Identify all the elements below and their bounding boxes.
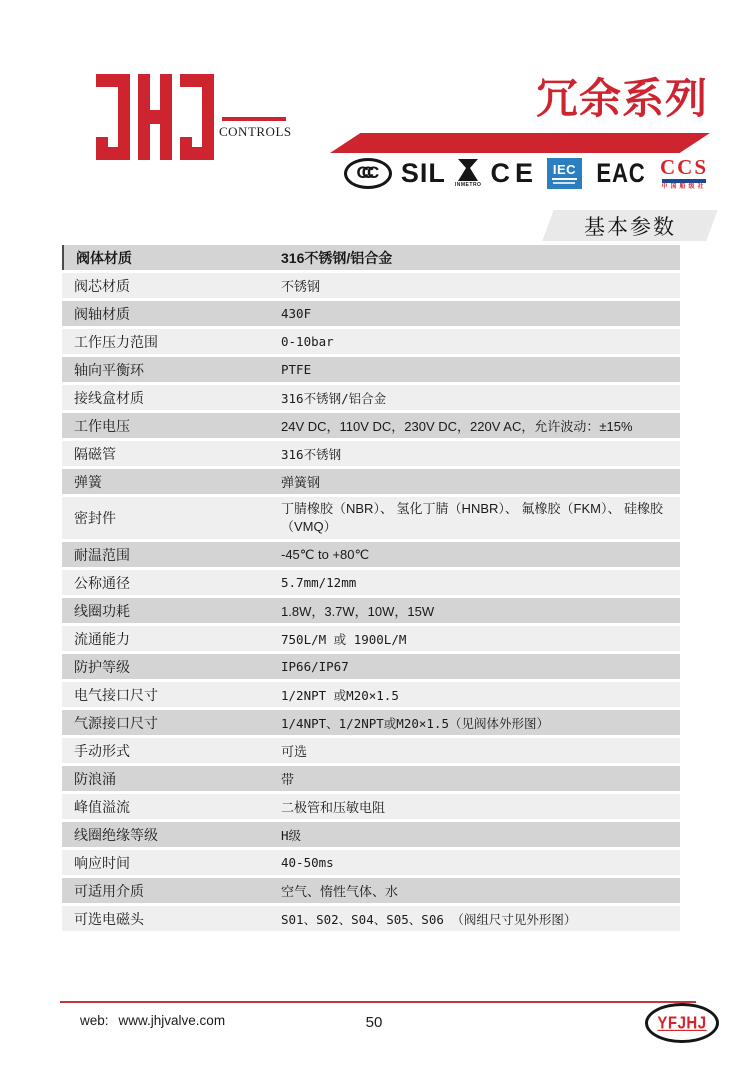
- table-row: 阀芯材质 不锈钢: [62, 273, 680, 298]
- row-label: 隔磁管: [62, 441, 267, 466]
- row-label: 轴向平衡环: [62, 357, 267, 382]
- datasheet-page: CONTROLS 冗余系列 CCC SIL INMETRO CE IEC EAC…: [0, 0, 748, 1080]
- row-label: 弹簧: [62, 469, 267, 494]
- row-label: 防护等级: [62, 654, 267, 679]
- row-value: 丁腈橡胶（NBR）、 氢化丁腈（HNBR）、 氟橡胶（FKM）、 硅橡胶（VMQ…: [271, 497, 680, 539]
- inmetro-glyph-icon: [458, 159, 478, 181]
- logo-subtext: CONTROLS: [219, 124, 292, 140]
- parameters-table: 阀体材质 316不锈钢/铝合金 阀芯材质 不锈钢 阀轴材质 430F 工作压力范…: [62, 245, 680, 934]
- table-row: 防浪涌 带: [62, 766, 680, 791]
- table-row: 气源接口尺寸 1/4NPT、1/2NPT或M20×1.5（见阀体外形图）: [62, 710, 680, 735]
- ccc-mark-icon: CCC: [344, 158, 392, 189]
- ccs-caption: 中国船级社: [661, 184, 706, 190]
- table-row: 工作电压 24V DC，110V DC，230V DC，220V AC，允许波动…: [62, 413, 680, 438]
- table-row: 接线盒材质 316不锈钢/铝合金: [62, 385, 680, 410]
- stamp-text: YFJHJ: [657, 1013, 706, 1033]
- row-label: 密封件: [62, 497, 267, 539]
- table-row: 线圈绝缘等级 H级: [62, 822, 680, 847]
- row-value: 750L/M 或 1900L/M: [271, 626, 680, 651]
- footer-divider: [60, 1001, 696, 1003]
- row-value: IP66/IP67: [271, 654, 680, 679]
- row-label: 响应时间: [62, 850, 267, 875]
- table-row: 可选电磁头 S01、S02、S04、S05、S06 （阀组尺寸见外形图）: [62, 906, 680, 931]
- eac-mark: EAC: [596, 158, 645, 189]
- row-label: 流通能力: [62, 626, 267, 651]
- ce-mark: CE: [490, 158, 538, 189]
- iec-label: IEC: [552, 162, 577, 180]
- row-value: 24V DC，110V DC，230V DC，220V AC，允许波动：±15%: [271, 413, 680, 438]
- table-row: 弹簧 弹簧钢: [62, 469, 680, 494]
- table-row: 响应时间 40-50ms: [62, 850, 680, 875]
- logo-rule: [222, 117, 286, 121]
- table-row: 阀体材质 316不锈钢/铝合金: [62, 245, 680, 270]
- page-title: 冗余系列: [536, 66, 708, 126]
- row-value: 可选: [271, 738, 680, 763]
- row-value: 1/2NPT 或M20×1.5: [271, 682, 680, 707]
- row-label: 可适用介质: [62, 878, 267, 903]
- table-row: 隔磁管 316不锈钢: [62, 441, 680, 466]
- table-row: 公称通径 5.7mm/12mm: [62, 570, 680, 595]
- red-banner: [330, 133, 710, 153]
- certification-row: CCC SIL INMETRO CE IEC EAC CCS 中国船级社: [344, 153, 708, 193]
- row-label: 工作压力范围: [62, 329, 267, 354]
- row-label: 手动形式: [62, 738, 267, 763]
- table-row: 耐温范围 -45℃ to +80℃: [62, 542, 680, 567]
- table-row: 峰值溢流 二极管和压敏电阻: [62, 794, 680, 819]
- section-title: 基本参数: [548, 210, 712, 241]
- row-value: 弹簧钢: [271, 469, 680, 494]
- ccs-bar: [662, 179, 706, 183]
- inmetro-mark-icon: INMETRO: [455, 159, 482, 188]
- table-row: 手动形式 可选: [62, 738, 680, 763]
- table-row: 电气接口尺寸 1/2NPT 或M20×1.5: [62, 682, 680, 707]
- row-value: 0-10bar: [271, 329, 680, 354]
- table-row: 防护等级 IP66/IP67: [62, 654, 680, 679]
- row-value: 430F: [271, 301, 680, 326]
- row-label: 耐温范围: [62, 542, 267, 567]
- sil-mark: SIL: [401, 158, 446, 189]
- row-label: 可选电磁头: [62, 906, 267, 931]
- page-number: 50: [0, 1014, 748, 1031]
- row-label: 工作电压: [62, 413, 267, 438]
- row-label: 阀芯材质: [62, 273, 267, 298]
- row-value: 316不锈钢: [271, 441, 680, 466]
- iec-underline: [553, 182, 575, 184]
- row-value: S01、S02、S04、S05、S06 （阀组尺寸见外形图）: [271, 906, 680, 931]
- row-value: 二极管和压敏电阻: [271, 794, 680, 819]
- table-row: 工作压力范围 0-10bar: [62, 329, 680, 354]
- row-label: 电气接口尺寸: [62, 682, 267, 707]
- row-label: 阀体材质: [62, 245, 267, 270]
- company-stamp: YFJHJ: [645, 1003, 719, 1043]
- row-value: 316不锈钢/铝合金: [271, 245, 680, 270]
- table-row: 阀轴材质 430F: [62, 301, 680, 326]
- row-label: 峰值溢流: [62, 794, 267, 819]
- row-label: 防浪涌: [62, 766, 267, 791]
- row-label: 线圈功耗: [62, 598, 267, 623]
- row-value: 1/4NPT、1/2NPT或M20×1.5（见阀体外形图）: [271, 710, 680, 735]
- row-label: 阀轴材质: [62, 301, 267, 326]
- inmetro-label: INMETRO: [455, 182, 482, 188]
- row-value: 带: [271, 766, 680, 791]
- row-value: 5.7mm/12mm: [271, 570, 680, 595]
- iec-badge-icon: IEC: [547, 158, 582, 189]
- row-value: H级: [271, 822, 680, 847]
- row-value: PTFE: [271, 357, 680, 382]
- ccc-label: CCC: [356, 163, 379, 183]
- jhj-logo-letters-icon: [96, 74, 214, 160]
- row-value: -45℃ to +80℃: [271, 542, 680, 567]
- row-value: 空气、惰性气体、水: [271, 878, 680, 903]
- row-value: 40-50ms: [271, 850, 680, 875]
- row-label: 公称通径: [62, 570, 267, 595]
- row-label: 线圈绝缘等级: [62, 822, 267, 847]
- row-value: 不锈钢: [271, 273, 680, 298]
- table-row: 线圈功耗 1.8W，3.7W，10W，15W: [62, 598, 680, 623]
- row-label: 气源接口尺寸: [62, 710, 267, 735]
- row-value: 316不锈钢/铝合金: [271, 385, 680, 410]
- table-row: 流通能力 750L/M 或 1900L/M: [62, 626, 680, 651]
- table-row: 密封件 丁腈橡胶（NBR）、 氢化丁腈（HNBR）、 氟橡胶（FKM）、 硅橡胶…: [62, 497, 680, 539]
- section-header: 基本参数: [548, 210, 712, 241]
- ccs-label: CCS: [660, 157, 708, 178]
- table-row: 轴向平衡环 PTFE: [62, 357, 680, 382]
- row-value: 1.8W，3.7W，10W，15W: [271, 598, 680, 623]
- jhj-logo: [96, 74, 214, 160]
- ccs-mark: CCS 中国船级社: [660, 157, 708, 190]
- row-label: 接线盒材质: [62, 385, 267, 410]
- table-row: 可适用介质 空气、惰性气体、水: [62, 878, 680, 903]
